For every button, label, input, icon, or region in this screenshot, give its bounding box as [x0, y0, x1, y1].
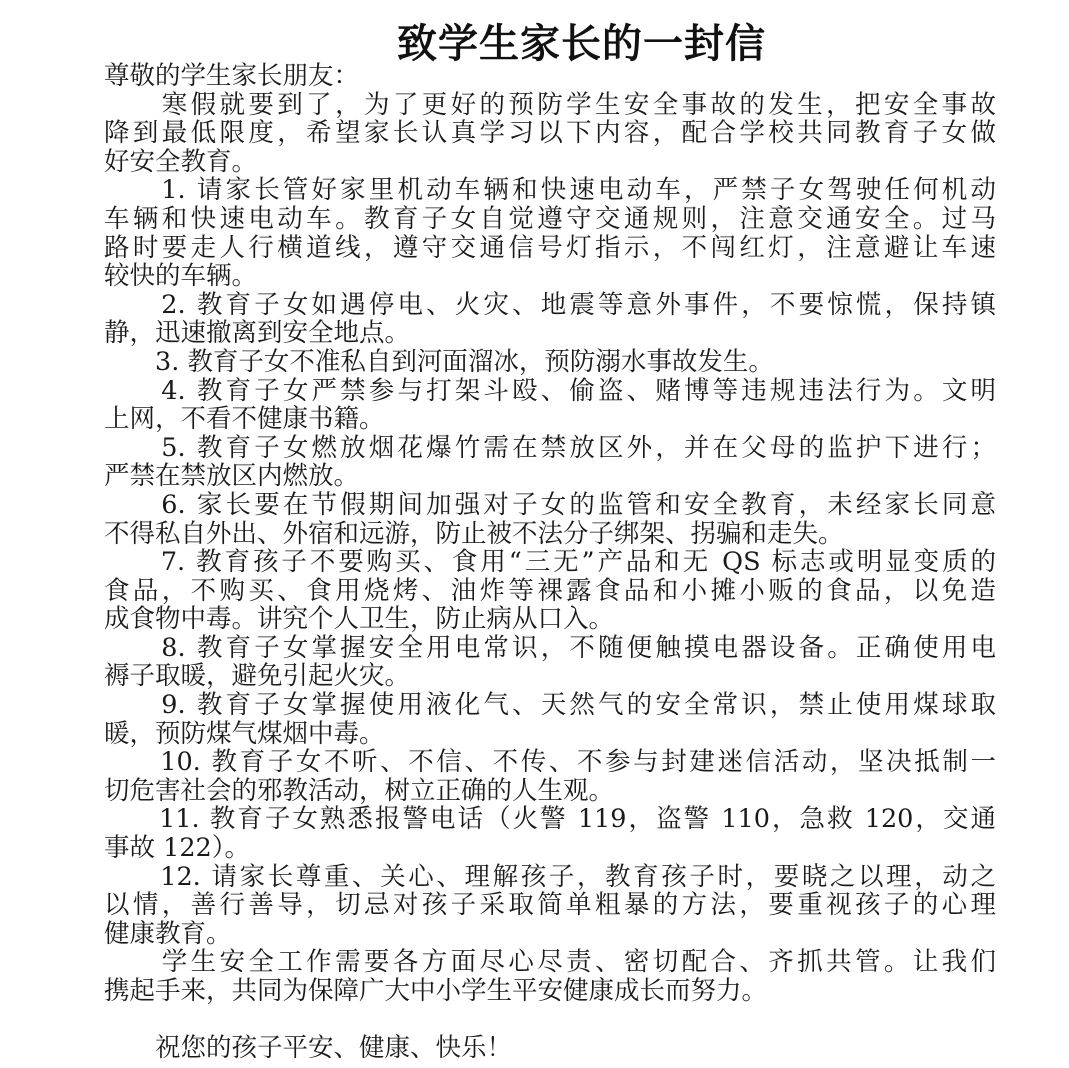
letter-title: 致学生家长的一封信: [47, 12, 1069, 69]
text-line: 12. 请家长尊重、关心、理解孩子，教育孩子时，要晓之以理，动之: [104, 863, 996, 892]
text-line: 2. 教育子女如遇停电、火灾、地震等意外事件，不要惊慌，保持镇: [104, 291, 996, 320]
letter-body: 尊敬的学生家长朋友： 寒假就要到了，为了更好的预防学生安全事故的发生，把安全事故…: [104, 62, 996, 1063]
text-line: 严禁在禁放区内燃放。: [104, 462, 996, 491]
text-line: 6. 家长要在节假期间加强对子女的监管和安全教育，未经家长同意: [104, 491, 996, 520]
text-line: 食品，不购买、食用烧烤、油炸等裸露食品和小摊小贩的食品，以免造: [104, 577, 996, 606]
text-line: 以情，善行善导，切忌对孩子采取简单粗暴的方法，要重视孩子的心理: [104, 891, 996, 920]
text-line: 10. 教育子女不听、不信、不传、不参与封建迷信活动，坚决抵制一: [104, 748, 996, 777]
text-line: 车辆和快速电动车。教育子女自觉遵守交通规则，注意交通安全。过马: [104, 205, 996, 234]
text-line: 切危害社会的邪教活动，树立正确的人生观。: [104, 777, 996, 806]
text-line: 好安全教育。: [104, 148, 996, 177]
text-line: 11. 教育子女熟悉报警电话（火警 119，盗警 110，急救 120，交通: [104, 805, 996, 834]
text-line: 7. 教育孩子不要购买、食用“三无”产品和无 QS 标志或明显变质的: [104, 548, 996, 577]
letter-paragraphs: 寒假就要到了，为了更好的预防学生安全事故的发生，把安全事故降到最低限度，希望家长…: [104, 91, 996, 1006]
text-line: 携起手来，共同为保障广大中小学生平安健康成长而努力。: [104, 977, 996, 1006]
closing-wish: 祝您的孩子平安、健康、快乐！: [104, 1034, 996, 1063]
text-line: 降到最低限度，希望家长认真学习以下内容，配合学校共同教育子女做: [104, 119, 996, 148]
text-line: 1. 请家长管好家里机动车辆和快速电动车，严禁子女驾驶任何机动: [104, 176, 996, 205]
text-line: 不得私自外出、外宿和远游，防止被不法分子绑架、拐骗和走失。: [104, 520, 996, 549]
text-line: 5. 教育子女燃放烟花爆竹需在禁放区外，并在父母的监护下进行；: [104, 434, 996, 463]
text-line: 3. 教育子女不准私自到河面溜冰，预防溺水事故发生。: [104, 348, 996, 377]
text-line: 学生安全工作需要各方面尽心尽责、密切配合、齐抓共管。让我们: [104, 948, 996, 977]
text-line: 8. 教育子女掌握安全用电常识，不随便触摸电器设备。正确使用电: [104, 634, 996, 663]
text-line: 较快的车辆。: [104, 262, 996, 291]
salutation: 尊敬的学生家长朋友：: [104, 62, 996, 91]
text-line: 4. 教育子女严禁参与打架斗殴、偷盗、赌博等违规违法行为。文明: [104, 377, 996, 406]
text-line: 路时要走人行横道线，遵守交通信号灯指示，不闯红灯，注意避让车速: [104, 234, 996, 263]
text-line: 成食物中毒。讲究个人卫生，防止病从口入。: [104, 605, 996, 634]
text-line: 褥子取暖，避免引起火灾。: [104, 662, 996, 691]
text-line: 暖，预防煤气煤烟中毒。: [104, 720, 996, 749]
text-line: 上网，不看不健康书籍。: [104, 405, 996, 434]
text-line: 事故 122）。: [104, 834, 996, 863]
text-line: 寒假就要到了，为了更好的预防学生安全事故的发生，把安全事故: [104, 91, 996, 120]
spacer: [104, 1006, 996, 1035]
text-line: 9. 教育子女掌握使用液化气、天然气的安全常识，禁止使用煤球取: [104, 691, 996, 720]
text-line: 健康教育。: [104, 920, 996, 949]
text-line: 静，迅速撤离到安全地点。: [104, 319, 996, 348]
